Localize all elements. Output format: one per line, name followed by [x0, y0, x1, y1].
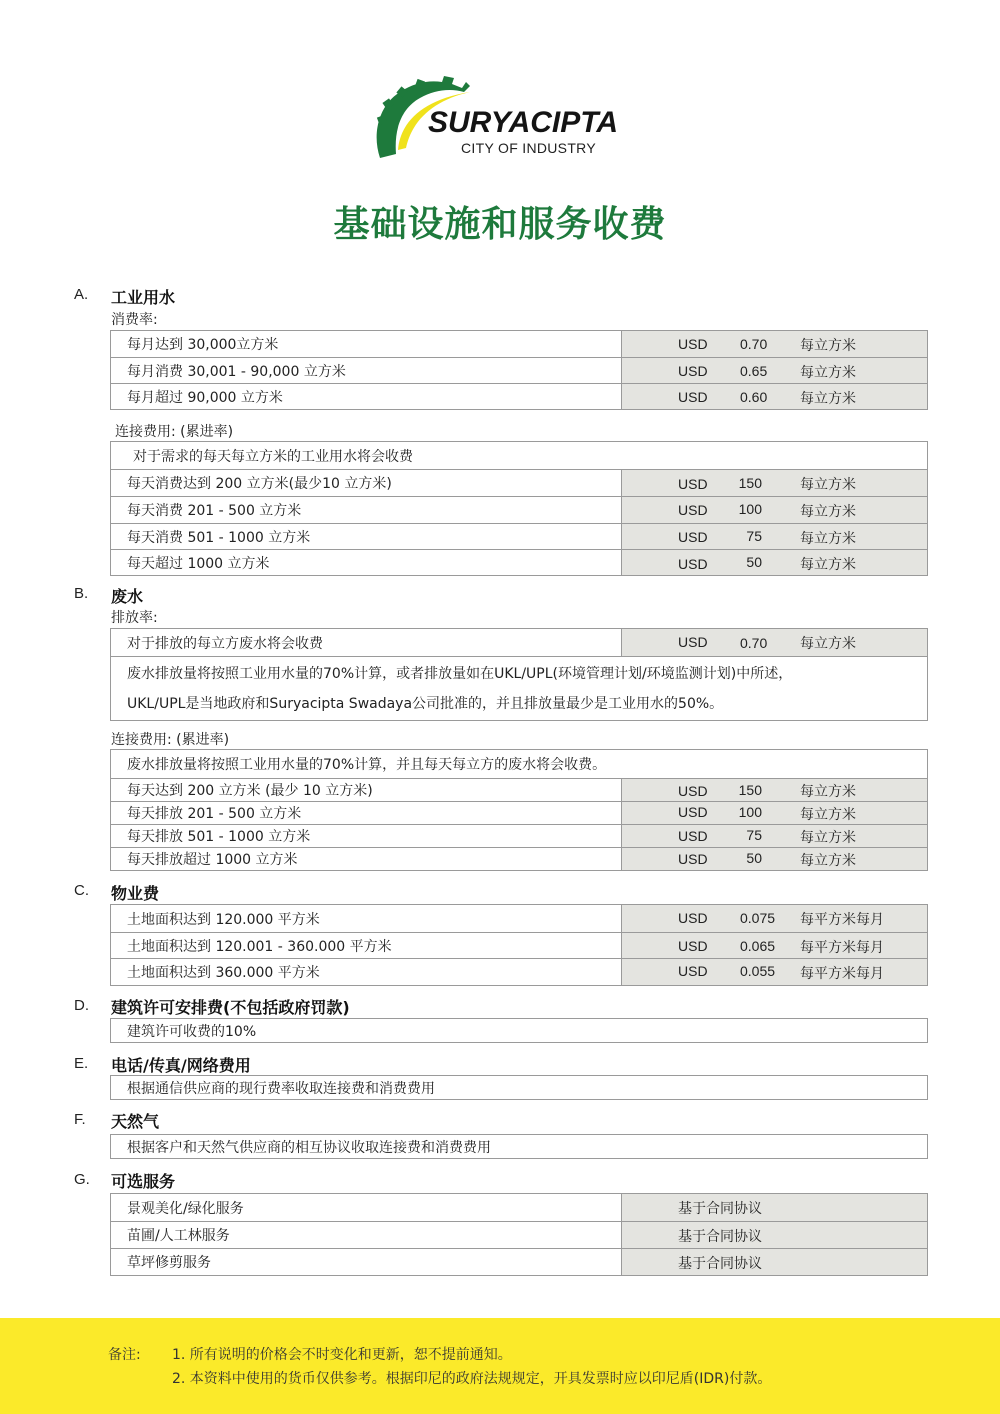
price-value: 150	[732, 782, 762, 798]
table-row: 土地面积达到 120.001 - 360.000 平方米 USD 0.065 每…	[111, 932, 927, 958]
building-permit-text: 建筑许可收费的10%	[111, 1019, 927, 1042]
price-value: 0.60	[740, 389, 780, 405]
table-row: 对于需求的每天每立方米的工业用水将会收费	[111, 442, 927, 469]
row-description: 草坪修剪服务	[111, 1249, 621, 1275]
optional-services-table: 景观美化/绿化服务 基于合同协议 苗圃/人工林服务 基于合同协议 草坪修剪服务 …	[110, 1193, 928, 1276]
table-row: 每月达到 30,000立方米 USD 0.70 每立方米	[111, 331, 927, 357]
table-row: 废水排放量将按照工业用水量的70%计算，或者排放量如在UKL/UPL(环境管理计…	[111, 656, 927, 720]
row-description: 每天超过 1000 立方米	[111, 550, 621, 575]
section-b-connection-label: 连接费用: (累进率)	[111, 729, 229, 749]
price-value: 0.075	[740, 910, 780, 926]
row-price: USD 0.70 每立方米	[621, 331, 927, 357]
row-description: 每月达到 30,000立方米	[111, 331, 621, 357]
section-a-consumption-label: 消费率:	[111, 309, 158, 329]
telecom-box: 根据通信供应商的现行费率收取连接费和消费费用	[110, 1075, 928, 1100]
row-price: USD 0.075 每平方米每月	[621, 905, 927, 932]
row-price: 基于合同协议	[621, 1249, 927, 1275]
table-row: 土地面积达到 360.000 平方米 USD 0.055 每平方米每月	[111, 958, 927, 985]
row-price: 基于合同协议	[621, 1222, 927, 1248]
table-row: 每天超过 1000 立方米 USD 50 每立方米	[111, 549, 927, 575]
section-b-title: 废水	[111, 584, 143, 607]
price-unit: 每立方米	[800, 474, 856, 494]
connection-note: 对于需求的每天每立方米的工业用水将会收费	[111, 442, 927, 469]
currency: USD	[678, 634, 708, 650]
price-unit: 每立方米	[800, 528, 856, 548]
row-description: 每天消费 501 - 1000 立方米	[111, 524, 621, 549]
row-description: 土地面积达到 120.000 平方米	[111, 905, 621, 932]
row-price: USD 150 每立方米	[621, 779, 927, 801]
section-a-letter: A.	[74, 286, 88, 303]
section-a-connection-label: 连接费用: (累进率)	[115, 421, 233, 441]
row-price: USD 0.65 每立方米	[621, 358, 927, 383]
table-row: 苗圃/人工林服务 基于合同协议	[111, 1221, 927, 1248]
price-unit: 每立方米	[800, 804, 856, 824]
row-description: 景观美化/绿化服务	[111, 1194, 621, 1221]
row-price: USD 0.70 每立方米	[621, 629, 927, 656]
price-unit: 每立方米	[800, 388, 856, 408]
row-description: 每天消费 201 - 500 立方米	[111, 497, 621, 523]
price-value: 150	[732, 475, 762, 491]
table-row: 草坪修剪服务 基于合同协议	[111, 1248, 927, 1275]
price-unit: 每立方米	[800, 827, 856, 847]
currency: USD	[678, 389, 708, 405]
currency: USD	[678, 963, 708, 979]
table-row: 每月超过 90,000 立方米 USD 0.60 每立方米	[111, 383, 927, 409]
section-b-letter: B.	[74, 585, 88, 602]
table-row: 每天消费 201 - 500 立方米 USD 100 每立方米	[111, 496, 927, 523]
currency: USD	[678, 476, 708, 492]
row-description: 每天排放超过 1000 立方米	[111, 848, 621, 870]
price-unit: 每平方米每月	[800, 937, 884, 957]
price-unit: 每立方米	[800, 554, 856, 574]
price-unit: 每平方米每月	[800, 963, 884, 983]
row-price: USD 75 每立方米	[621, 825, 927, 847]
row-price: USD 0.065 每平方米每月	[621, 933, 927, 958]
price-value: 100	[732, 804, 762, 820]
discharge-note-line-2: UKL/UPL是当地政府和Suryacipta Swadaya公司批准的，并且排…	[127, 689, 792, 719]
table-row: 景观美化/绿化服务 基于合同协议	[111, 1194, 927, 1221]
row-price: 基于合同协议	[621, 1194, 927, 1221]
currency: USD	[678, 938, 708, 954]
table-row: 对于排放的每立方废水将会收费 USD 0.70 每立方米	[111, 629, 927, 656]
wastewater-discharge-table: 对于排放的每立方废水将会收费 USD 0.70 每立方米 废水排放量将按照工业用…	[110, 628, 928, 721]
wastewater-connection-table: 废水排放量将按照工业用水量的70%计算，并且每天每立方的废水将会收费。 每天达到…	[110, 749, 928, 871]
currency: USD	[678, 556, 708, 572]
price-unit: 每立方米	[800, 781, 856, 801]
price-value: 0.055	[740, 963, 780, 979]
price-value: 0.70	[740, 635, 780, 651]
row-price: USD 0.60 每立方米	[621, 384, 927, 409]
price-unit: 每立方米	[800, 335, 856, 355]
currency: USD	[678, 804, 708, 820]
price-unit: 每立方米	[800, 362, 856, 382]
price-unit: 每立方米	[800, 501, 856, 521]
property-fee-table: 土地面积达到 120.000 平方米 USD 0.075 每平方米每月 土地面积…	[110, 904, 928, 986]
table-row: 土地面积达到 120.000 平方米 USD 0.075 每平方米每月	[111, 905, 927, 932]
currency: USD	[678, 910, 708, 926]
row-description: 每天排放 501 - 1000 立方米	[111, 825, 621, 847]
section-b-discharge-label: 排放率:	[111, 607, 158, 627]
section-d-letter: D.	[74, 997, 89, 1014]
table-row: 每天消费达到 200 立方米(最少10 立方米) USD 150 每立方米	[111, 469, 927, 496]
page-title: 基础设施和服务收费	[0, 196, 1000, 247]
logo-wordmark: SURYACIPTA	[428, 106, 618, 140]
building-permit-box: 建筑许可收费的10%	[110, 1018, 928, 1043]
section-d-title: 建筑许可安排费(不包括政府罚款)	[111, 995, 350, 1018]
price-value: 50	[732, 850, 762, 866]
price-unit: 每立方米	[800, 850, 856, 870]
logo-tagline: CITY OF INDUSTRY	[461, 140, 596, 156]
natural-gas-box: 根据客户和天然气供应商的相互协议收取连接费和消费费用	[110, 1134, 928, 1159]
price-value: 50	[732, 554, 762, 570]
table-row: 废水排放量将按照工业用水量的70%计算，并且每天每立方的废水将会收费。	[111, 750, 927, 778]
currency: USD	[678, 502, 708, 518]
water-consumption-table: 每月达到 30,000立方米 USD 0.70 每立方米 每月消费 30,001…	[110, 330, 928, 410]
section-f-letter: F.	[74, 1111, 86, 1128]
note-item-1: 1. 所有说明的价格会不时变化和更新，恕不提前通知。	[172, 1344, 512, 1364]
row-price: USD 100 每立方米	[621, 497, 927, 523]
row-description: 每天排放 201 - 500 立方米	[111, 802, 621, 824]
currency: USD	[678, 529, 708, 545]
price-unit: 每立方米	[800, 633, 856, 653]
currency: USD	[678, 336, 708, 352]
row-price: USD 75 每立方米	[621, 524, 927, 549]
row-description: 对于排放的每立方废水将会收费	[111, 629, 621, 656]
table-row: 每天排放超过 1000 立方米 USD 50 每立方米	[111, 847, 927, 870]
row-price: USD 100 每立方米	[621, 802, 927, 824]
row-price: USD 50 每立方米	[621, 848, 927, 870]
telecom-text: 根据通信供应商的现行费率收取连接费和消费费用	[111, 1076, 927, 1099]
note-item-2: 2. 本资料中使用的货币仅供参考。根据印尼的政府法规规定，开具发票时应以印尼盾(…	[172, 1368, 771, 1388]
discharge-note: 废水排放量将按照工业用水量的70%计算，或者排放量如在UKL/UPL(环境管理计…	[111, 657, 808, 720]
row-description: 土地面积达到 120.001 - 360.000 平方米	[111, 933, 621, 958]
section-a-title: 工业用水	[111, 285, 175, 308]
price-unit: 每平方米每月	[800, 909, 884, 929]
currency: USD	[678, 783, 708, 799]
water-connection-table: 对于需求的每天每立方米的工业用水将会收费 每天消费达到 200 立方米(最少10…	[110, 441, 928, 576]
row-price: USD 0.055 每平方米每月	[621, 959, 927, 985]
currency: USD	[678, 828, 708, 844]
section-g-title: 可选服务	[111, 1169, 175, 1192]
row-description: 每天达到 200 立方米 (最少 10 立方米)	[111, 779, 621, 801]
price-value: 75	[732, 528, 762, 544]
natural-gas-text: 根据客户和天然气供应商的相互协议收取连接费和消费费用	[111, 1135, 927, 1158]
table-row: 每天排放 501 - 1000 立方米 USD 75 每立方米	[111, 824, 927, 847]
row-description: 苗圃/人工林服务	[111, 1222, 621, 1248]
notes-label: 备注:	[108, 1344, 141, 1364]
row-description: 每天消费达到 200 立方米(最少10 立方米)	[111, 470, 621, 496]
row-price: USD 150 每立方米	[621, 470, 927, 496]
row-price: USD 50 每立方米	[621, 550, 927, 575]
table-row: 每天消费 501 - 1000 立方米 USD 75 每立方米	[111, 523, 927, 549]
price-value: 75	[732, 827, 762, 843]
contract-basis: 基于合同协议	[678, 1198, 762, 1218]
section-e-title: 电话/传真/网络费用	[111, 1053, 251, 1076]
suryacipta-logo: SURYACIPTA CITY OF INDUSTRY	[370, 76, 640, 162]
section-c-title: 物业费	[111, 881, 159, 904]
section-c-letter: C.	[74, 882, 89, 899]
row-description: 每月超过 90,000 立方米	[111, 384, 621, 409]
discharge-note-line-1: 废水排放量将按照工业用水量的70%计算，或者排放量如在UKL/UPL(环境管理计…	[127, 659, 792, 689]
currency: USD	[678, 363, 708, 379]
connection-note: 废水排放量将按照工业用水量的70%计算，并且每天每立方的废水将会收费。	[111, 750, 927, 778]
row-description: 每月消费 30,001 - 90,000 立方米	[111, 358, 621, 383]
price-value: 100	[732, 501, 762, 517]
table-row: 每天排放 201 - 500 立方米 USD 100 每立方米	[111, 801, 927, 824]
contract-basis: 基于合同协议	[678, 1253, 762, 1273]
price-value: 0.065	[740, 938, 780, 954]
currency: USD	[678, 851, 708, 867]
price-value: 0.70	[740, 336, 780, 352]
table-row: 每天达到 200 立方米 (最少 10 立方米) USD 150 每立方米	[111, 778, 927, 801]
row-description: 土地面积达到 360.000 平方米	[111, 959, 621, 985]
price-value: 0.65	[740, 363, 780, 379]
table-row: 每月消费 30,001 - 90,000 立方米 USD 0.65 每立方米	[111, 357, 927, 383]
footer-notes-band: 备注: 1. 所有说明的价格会不时变化和更新，恕不提前通知。 2. 本资料中使用…	[0, 1318, 1000, 1414]
section-e-letter: E.	[74, 1055, 88, 1072]
section-f-title: 天然气	[111, 1109, 159, 1132]
contract-basis: 基于合同协议	[678, 1226, 762, 1246]
section-g-letter: G.	[74, 1171, 90, 1188]
